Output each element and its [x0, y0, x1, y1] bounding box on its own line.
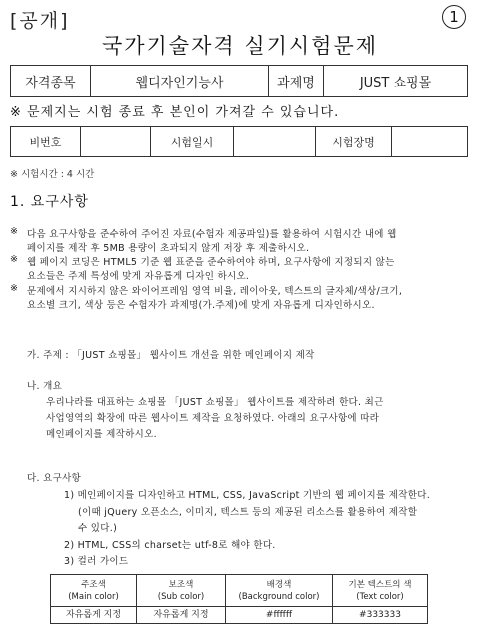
- requirement-line: 3) 컬러 가이드: [64, 553, 128, 567]
- secret-number-label: 비번호: [11, 127, 81, 157]
- overview-line: 우리나라를 대표하는 쇼핑몰 「JUST 쇼핑몰」 웹사이트를 제작하려 한다.…: [46, 394, 384, 408]
- subject-line: 가. 주제 : 「JUST 쇼핑몰」 웹사이트 개선을 위한 메인페이지 제작: [27, 347, 315, 361]
- candidate-info-table: 비번호 시험일시 시험장명: [10, 126, 468, 157]
- requirement-line: 수 있다.): [78, 520, 117, 534]
- background-color-value: #ffffff: [226, 607, 333, 624]
- take-home-notice: ※ 문제지는 시험 종료 후 본인이 가져갈 수 있습니다.: [10, 101, 339, 120]
- qualification-value: 웹디자인기능사: [91, 66, 269, 97]
- main-color-header: 주조색(Main color): [51, 575, 137, 607]
- requirement-line: 2) HTML, CSS의 charset는 utf-8로 해야 한다.: [64, 537, 276, 551]
- exam-date-value[interactable]: [234, 127, 316, 157]
- public-label: [공개]: [10, 6, 70, 33]
- requirement-line: 1) 메인페이지를 디자인하고 HTML, CSS, JavaScript 기반…: [64, 487, 430, 501]
- exam-duration: ※ 시험시간 : 4 시간: [10, 166, 94, 180]
- note-line: 요소별 크기, 색상 등은 수험자가 과제명(가.주제)에 맞게 자유롭게 디자…: [27, 297, 375, 311]
- requirements-heading: 다. 요구사항: [27, 470, 81, 484]
- sub-color-header: 보조색(Sub color): [137, 575, 226, 607]
- overview-line: 사업영역의 확장에 따른 웹사이트 제작을 요청하였다. 아래의 요구사항에 따…: [46, 410, 379, 424]
- task-name-value: JUST 쇼핑몰: [324, 66, 468, 97]
- note-line: 요소들은 주제 특성에 맞게 자유롭게 디자인 하시오.: [27, 268, 249, 282]
- background-color-header: 배경색(Background color): [226, 575, 333, 607]
- overview-heading: 나. 개요: [27, 378, 62, 392]
- exam-date-label: 시험일시: [151, 127, 234, 157]
- task-name-label: 과제명: [269, 66, 324, 97]
- exam-site-label: 시험장명: [316, 127, 392, 157]
- note-line: 웹 페이지 코딩은 HTML5 기준 웹 표준을 준수하여야 하며, 요구사항에…: [27, 254, 395, 268]
- section-heading: 1. 요구사항: [10, 191, 89, 211]
- text-color-value: #333333: [333, 607, 428, 624]
- exam-site-value[interactable]: [392, 127, 468, 157]
- sub-color-value: 자유롭게 지정: [137, 607, 226, 624]
- note-mark: ※: [10, 226, 18, 237]
- document-title: 국가기술자격 실기시험문제: [0, 30, 480, 60]
- note-line: 페이지를 제작 후 5MB 용량이 초과되지 않게 저장 후 제출하시오.: [27, 240, 309, 254]
- qualification-info-table: 자격종목 웹디자인기능사 과제명 JUST 쇼핑몰: [10, 65, 468, 97]
- note-line: 다음 요구사항을 준수하여 주어진 자료(수험자 제공파일)를 활용하여 시험시…: [27, 226, 397, 240]
- qualification-label: 자격종목: [11, 66, 91, 97]
- page-number-badge: 1: [442, 5, 466, 29]
- color-guide-table: 주조색(Main color) 보조색(Sub color) 배경색(Backg…: [50, 574, 428, 624]
- text-color-header: 기본 텍스트의 색(Text color): [333, 575, 428, 607]
- note-line: 문제에서 지시하지 않은 와이어프레임 영역 비율, 레이아웃, 텍스트의 글자…: [27, 283, 402, 297]
- note-mark: ※: [10, 254, 18, 265]
- overview-line: 메인페이지를 제작하시오.: [46, 426, 157, 440]
- secret-number-value[interactable]: [81, 127, 151, 157]
- note-mark: ※: [10, 283, 18, 294]
- requirement-line: (이때 jQuery 오픈소스, 이미지, 텍스트 등의 제공된 리소스를 활용…: [78, 504, 417, 518]
- main-color-value: 자유롭게 지정: [51, 607, 137, 624]
